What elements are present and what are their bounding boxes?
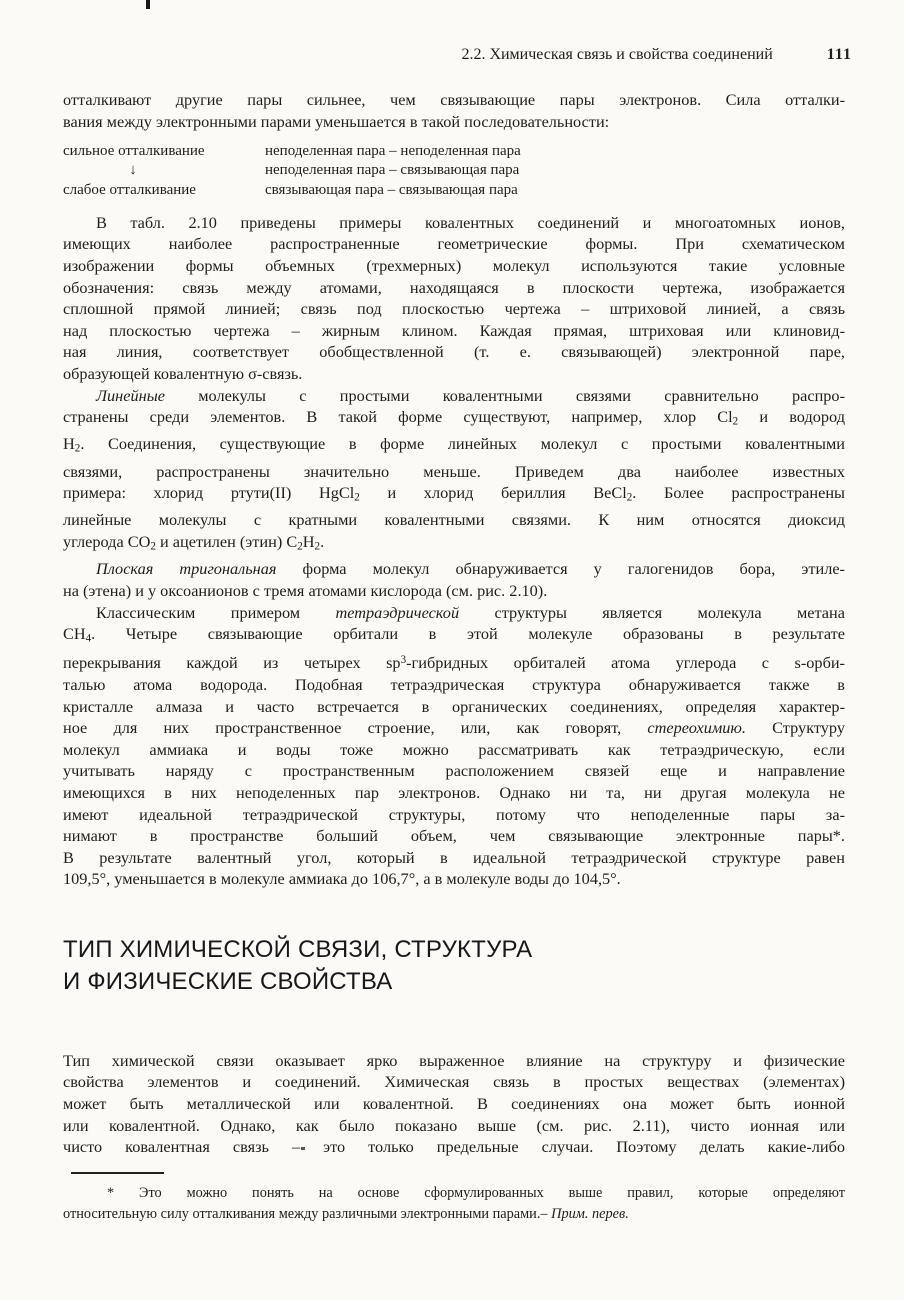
text-segment: * Это можно понять на основе сформулиров… bbox=[107, 1185, 845, 1201]
text-segment: . Более распространены bbox=[632, 483, 845, 502]
paragraph-tetrahedral: Классическим примером тетраэдрической ст… bbox=[63, 602, 845, 890]
running-header: 2.2. Химическая связь и свойства соедине… bbox=[63, 46, 852, 64]
text-segment: . bbox=[320, 532, 324, 551]
text-segment: и водород bbox=[738, 407, 845, 426]
text-line: отталкивают другие пары сильнее, чем свя… bbox=[63, 89, 845, 111]
text-segment: Структуру bbox=[746, 718, 845, 737]
text-segment: 109,5°, уменьшается в молекуле аммиака д… bbox=[63, 869, 621, 888]
text-line: имеют идеальной тетраэдрической структур… bbox=[63, 804, 845, 826]
running-header-title: 2.2. Химическая связь и свойства соедине… bbox=[461, 46, 772, 64]
text-line: примера: хлорид ртути(II) HgCl2 и хлорид… bbox=[63, 482, 845, 509]
scan-artifact-tick bbox=[146, 0, 150, 9]
text-segment: изображении формы объемных (трехмерных) … bbox=[63, 256, 845, 275]
text-line: нимают в пространстве больший объем, чем… bbox=[63, 825, 845, 847]
text-line: ное для них пространственное строение, и… bbox=[63, 717, 845, 739]
text-segment: имеющихся в них неподеленных пар электро… bbox=[63, 783, 845, 802]
text-segment: В табл. 2.10 приведены примеры ковалентн… bbox=[96, 213, 845, 232]
text-line: И ФИЗИЧЕСКИЕ СВОЙСТВА bbox=[63, 966, 845, 998]
text-line: В табл. 2.10 приведены примеры ковалентн… bbox=[63, 212, 845, 234]
text-line: CH4. Четыре связывающие орбитали в этой … bbox=[63, 623, 845, 650]
text-segment: или ковалентной. Однако, как было показа… bbox=[63, 1116, 845, 1135]
text-segment: кристалле алмаза и часто встречается в о… bbox=[63, 697, 845, 716]
paragraph-geometry: В табл. 2.10 приведены примеры ковалентн… bbox=[63, 212, 845, 385]
text-line: молекул аммиака и воды тоже можно рассма… bbox=[63, 739, 845, 761]
paragraph-bond-type: Тип химической связи оказывает ярко выра… bbox=[63, 1050, 845, 1158]
text-segment: тетраэдрической bbox=[336, 603, 460, 622]
text-segment: углерода CO bbox=[63, 532, 150, 551]
text-line: сплошной прямой линией; связь под плоско… bbox=[63, 298, 845, 320]
paragraph-intro: отталкивают другие пары сильнее, чем свя… bbox=[63, 89, 845, 132]
text-line: ная линия, соответствует обобществленной… bbox=[63, 341, 845, 363]
text-line: связями, распространены значительно мень… bbox=[63, 461, 845, 483]
table-row: ↓ неподеленная пара – связывающая пара bbox=[63, 161, 845, 180]
text-segment: на (этена) и у оксоанионов с тремя атома… bbox=[63, 581, 547, 600]
scanned-book-page: 2.2. Химическая связь и свойства соедине… bbox=[0, 0, 904, 1300]
text-line: Классическим примером тетраэдрической ст… bbox=[63, 602, 845, 624]
text-segment: относительную силу отталкивания между ра… bbox=[63, 1206, 551, 1222]
text-segment: Линейные bbox=[96, 386, 165, 405]
text-line: вания между электронными парами уменьшае… bbox=[63, 111, 845, 133]
text-segment: . Четыре связывающие орбитали в этой мол… bbox=[91, 624, 845, 643]
text-segment: H bbox=[303, 532, 315, 551]
text-line: перекрывания каждой из четырех sp3-гибри… bbox=[63, 650, 845, 674]
text-line: 109,5°, уменьшается в молекуле аммиака д… bbox=[63, 868, 845, 890]
text-segment: имеющих наиболее распространенные геомет… bbox=[63, 234, 845, 253]
text-segment: перекрывания каждой из четырех sp bbox=[63, 653, 401, 672]
text-line: Тип химической связи оказывает ярко выра… bbox=[63, 1050, 845, 1072]
text-segment: талью атома водорода. Подобная тетраэдри… bbox=[63, 675, 845, 694]
footnote-rule bbox=[71, 1172, 164, 1175]
text-segment: примера: хлорид ртути(II) HgCl bbox=[63, 483, 354, 502]
text-line: изображении формы объемных (трехмерных) … bbox=[63, 255, 845, 277]
text-line: чисто ковалентная связь – это только пре… bbox=[63, 1136, 845, 1158]
text-line: на (этена) и у оксоанионов с тремя атома… bbox=[63, 580, 845, 602]
text-segment: структуры является молекула метана bbox=[459, 603, 845, 622]
text-line: Плоская тригональная форма молекул обнар… bbox=[63, 558, 845, 580]
text-segment: отталкивают другие пары сильнее, чем свя… bbox=[63, 90, 845, 109]
text-segment: линейные молекулы с кратными ковалентным… bbox=[63, 510, 845, 529]
text-line: образующей ковалентную σ-связь. bbox=[63, 363, 845, 385]
page-number: 111 bbox=[827, 46, 852, 64]
text-segment: -гибридных орбиталей атома углерода с s-… bbox=[406, 653, 845, 672]
text-segment: молекулы с простыми ковалентными связями… bbox=[165, 386, 845, 405]
repulsion-strength-table: сильное отталкивание неподеленная пара –… bbox=[63, 142, 845, 200]
text-line: свойства элементов и соединений. Химичес… bbox=[63, 1071, 845, 1093]
text-line: кристалле алмаза и часто встречается в о… bbox=[63, 696, 845, 718]
text-segment: может быть металлической или ковалентной… bbox=[63, 1094, 845, 1113]
text-line: или ковалентной. Однако, как было показа… bbox=[63, 1115, 845, 1137]
text-segment: и ацетилен (этин) C bbox=[156, 532, 297, 551]
text-segment: ТИП ХИМИЧЕСКОЙ СВЯЗИ, СТРУКТУРА bbox=[63, 936, 532, 963]
text-line: * Это можно понять на основе сформулиров… bbox=[63, 1183, 845, 1204]
text-line: В результате валентный угол, который в и… bbox=[63, 847, 845, 869]
text-segment: свойства элементов и соединений. Химичес… bbox=[63, 1072, 845, 1091]
table-cell-left: сильное отталкивание bbox=[63, 142, 265, 161]
text-line: относительную силу отталкивания между ра… bbox=[63, 1204, 845, 1225]
text-segment: молекул аммиака и воды тоже можно рассма… bbox=[63, 740, 845, 759]
text-segment: и хлорид бериллия BeCl bbox=[360, 483, 627, 502]
text-line: странены среди элементов. В такой форме … bbox=[63, 406, 845, 433]
text-segment: стереохимию. bbox=[647, 718, 746, 737]
text-segment: связями, распространены значительно мень… bbox=[63, 462, 845, 481]
text-line: углерода CO2 и ацетилен (этин) C2H2. bbox=[63, 531, 845, 558]
text-line: имеющихся в них неподеленных пар электро… bbox=[63, 782, 845, 804]
table-row: сильное отталкивание неподеленная пара –… bbox=[63, 142, 845, 161]
text-segment: обозначения: связь между атомами, находя… bbox=[63, 278, 845, 297]
text-line: имеющих наиболее распространенные геомет… bbox=[63, 233, 845, 255]
text-column: отталкивают другие пары сильнее, чем свя… bbox=[63, 89, 845, 1224]
text-line: обозначения: связь между атомами, находя… bbox=[63, 277, 845, 299]
text-segment: имеют идеальной тетраэдрической структур… bbox=[63, 805, 845, 824]
paragraph-trigonal: Плоская тригональная форма молекул обнар… bbox=[63, 558, 845, 601]
paragraph-linear-molecules: Линейные молекулы с простыми ковалентным… bbox=[63, 385, 845, 559]
table-cell-left: слабое отталкивание bbox=[63, 181, 265, 200]
text-segment: образующей ковалентную σ-связь. bbox=[63, 364, 302, 383]
table-cell-right: неподеленная пара – связывающая пара bbox=[265, 161, 845, 180]
text-line: учитывать наряду с пространственным расп… bbox=[63, 760, 845, 782]
table-cell-right: связывающая пара – связывающая пара bbox=[265, 181, 845, 200]
text-segment: нимают в пространстве больший объем, чем… bbox=[63, 826, 845, 845]
text-segment: над плоскостью чертежа – жирным клином. … bbox=[63, 321, 845, 340]
text-segment: ная линия, соответствует обобществленной… bbox=[63, 342, 845, 361]
section-heading: ТИП ХИМИЧЕСКОЙ СВЯЗИ, СТРУКТУРАИ ФИЗИЧЕС… bbox=[63, 934, 845, 998]
down-arrow-icon: ↓ bbox=[63, 161, 265, 180]
text-segment: чисто ковалентная связь – это только пре… bbox=[63, 1137, 845, 1156]
table-cell-right: неподеленная пара – неподеленная пара bbox=[265, 142, 845, 161]
text-line: линейные молекулы с кратными ковалентным… bbox=[63, 509, 845, 531]
text-segment: H bbox=[63, 434, 75, 453]
text-segment: странены среди элементов. В такой форме … bbox=[63, 407, 733, 426]
text-segment: Прим. перев. bbox=[551, 1206, 629, 1222]
text-segment: ное для них пространственное строение, и… bbox=[63, 718, 647, 737]
text-segment: Плоская тригональная bbox=[96, 559, 276, 578]
text-line: ТИП ХИМИЧЕСКОЙ СВЯЗИ, СТРУКТУРА bbox=[63, 934, 845, 966]
text-segment: CH bbox=[63, 624, 86, 643]
text-segment: И ФИЗИЧЕСКИЕ СВОЙСТВА bbox=[63, 968, 392, 995]
text-segment: В результате валентный угол, который в и… bbox=[63, 848, 845, 867]
text-line: над плоскостью чертежа – жирным клином. … bbox=[63, 320, 845, 342]
text-segment: вания между электронными парами уменьшае… bbox=[63, 112, 609, 131]
text-segment: сплошной прямой линией; связь под плоско… bbox=[63, 299, 845, 318]
text-segment: учитывать наряду с пространственным расп… bbox=[63, 761, 845, 780]
table-row: слабое отталкивание связывающая пара – с… bbox=[63, 181, 845, 200]
text-line: может быть металлической или ковалентной… bbox=[63, 1093, 845, 1115]
text-segment: Тип химической связи оказывает ярко выра… bbox=[63, 1051, 845, 1070]
footnote: * Это можно понять на основе сформулиров… bbox=[63, 1183, 845, 1224]
text-segment: . Соединения, существующие в форме линей… bbox=[80, 434, 845, 453]
text-segment: Классическим примером bbox=[96, 603, 336, 622]
text-line: H2. Соединения, существующие в форме лин… bbox=[63, 433, 845, 460]
text-segment: форма молекул обнаруживается у галогенид… bbox=[276, 559, 845, 578]
text-line: Линейные молекулы с простыми ковалентным… bbox=[63, 385, 845, 407]
text-line: талью атома водорода. Подобная тетраэдри… bbox=[63, 674, 845, 696]
